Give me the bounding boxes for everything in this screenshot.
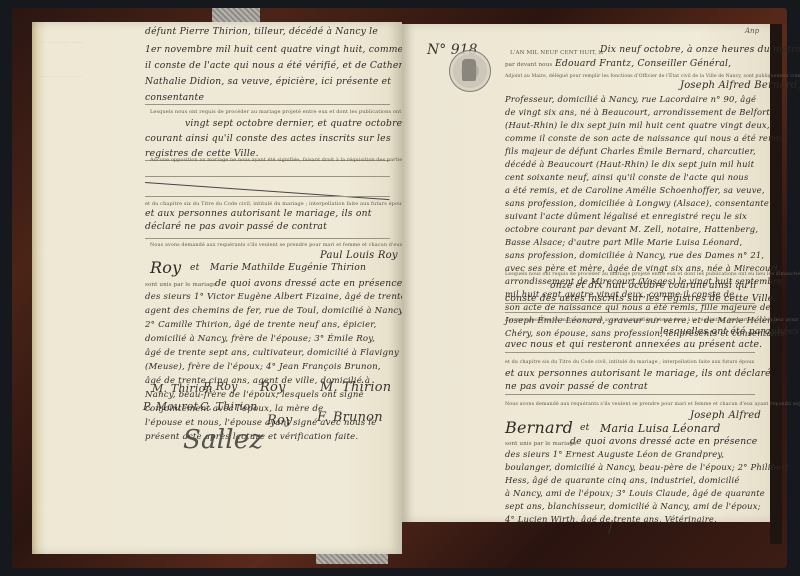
union-printed: sont unis par le mariage bbox=[145, 282, 216, 288]
seal-figure bbox=[462, 59, 476, 81]
groom-name: Joseph Alfred Bernard, bbox=[680, 80, 800, 91]
witness-line: sept ans, blanchisseur, domicilié à Nanc… bbox=[505, 501, 761, 511]
rule bbox=[145, 176, 390, 177]
official-seal bbox=[449, 50, 491, 92]
bride-details: Basse Alsace; d'autre part Mlle Marie Lu… bbox=[505, 237, 742, 247]
witness-line: Hess, âgé de quarante cinq ans, industri… bbox=[505, 475, 740, 485]
officer-handwritten: Edouard Frantz, Conseiller Général, bbox=[555, 58, 731, 69]
union-printed: sont unis par le mariage bbox=[505, 441, 576, 447]
groom-name: Joseph Alfred bbox=[690, 410, 761, 421]
witness-line: de quoi avons dressé acte en présence bbox=[215, 278, 402, 289]
publications-handwritten: vingt sept octobre dernier, et quatre oc… bbox=[185, 118, 402, 129]
left-margin-faint-text: ····· ······· ·· ······ ·· bbox=[40, 74, 81, 80]
chapter-handwritten: ne pas avoir passé de contrat bbox=[505, 381, 648, 392]
opposition-handwritten: avec nous et qui resteront annexées au p… bbox=[505, 339, 762, 350]
chapter-handwritten: et aux personnes autorisant le mariage, … bbox=[505, 368, 771, 379]
signature: F. Brunon bbox=[317, 410, 383, 425]
rule bbox=[505, 352, 755, 353]
opposition-printed: Aucune opposition au mariage ne nous aya… bbox=[505, 318, 800, 323]
groom-details: fils majeur de défunt Charles Émile Bern… bbox=[505, 146, 756, 156]
groom-surname: Bernard bbox=[505, 418, 573, 437]
opposition-handwritten: lesquelles ont été paraphées bbox=[660, 326, 799, 337]
continuation-line: Nathalie Didion, sa veuve, épicière, ici… bbox=[145, 76, 391, 87]
chapter-printed: et du chapitre six du Titre du Code civi… bbox=[145, 201, 404, 207]
groom-details: cent soixante neuf, ainsi qu'il conste d… bbox=[505, 172, 749, 182]
page-marker: Anp bbox=[745, 27, 759, 35]
groom-details: comme il conste de son acte de naissance… bbox=[505, 133, 786, 143]
groom-details: suivant l'acte dûment légalisé et enregi… bbox=[505, 211, 747, 221]
declaration-printed: Nous avons demandé aux requérants s'ils … bbox=[505, 402, 800, 407]
groom-details: de vingt six ans, né à Beaucourt, arrond… bbox=[505, 107, 770, 117]
bride-name: Maria Luisa Léonard bbox=[600, 422, 720, 435]
binding-label-top bbox=[212, 8, 260, 22]
witness-line: de quoi avons dressé acte en présence bbox=[570, 436, 757, 447]
continuation-line: défunt Pierre Thirion, tilleur, décédé à… bbox=[145, 26, 378, 37]
publications-handwritten: courant ainsi qu'il conste des actes ins… bbox=[145, 133, 391, 144]
groom-details: (Haut-Rhin) le dix sept juin mil huit ce… bbox=[505, 120, 770, 130]
header-printed: Adjoint au Maire, délégué pour remplir l… bbox=[505, 74, 800, 79]
rule bbox=[505, 312, 755, 313]
signature: Roy bbox=[260, 380, 286, 395]
groom-surname: Roy bbox=[150, 258, 181, 277]
rule bbox=[505, 303, 755, 304]
witness-line: boulanger, domicilié à Nancy, beau-père … bbox=[505, 462, 789, 472]
witness-line: (Meuse), frère de l'époux; 4° Jean Franç… bbox=[145, 362, 381, 372]
publications-handwritten: onze et dix huit octobre courant ainsi q… bbox=[550, 280, 756, 291]
groom-details: Professeur, domicilié à Nancy, rue Lacor… bbox=[505, 94, 756, 104]
witness-line: âgé de trente sept ans, cultivateur, dom… bbox=[145, 348, 399, 358]
witness-line: 2° Camille Thirion, âgé de trente neuf a… bbox=[145, 320, 377, 330]
header-printed: par devant nous bbox=[505, 62, 552, 68]
signature: C. Thirion bbox=[200, 400, 257, 413]
continuation-line: 1er novembre mil huit cent quatre vingt … bbox=[145, 44, 403, 55]
signature: P. Roy bbox=[203, 380, 238, 393]
chapter-printed: et du chapitre six du Titre du Code civi… bbox=[505, 360, 754, 365]
signature: P. Mourot bbox=[143, 400, 198, 413]
groom-details: octobre courant par devant M. Zell, nota… bbox=[505, 224, 758, 234]
rule bbox=[145, 196, 390, 197]
officer-signature: Sallez bbox=[183, 425, 263, 455]
publications-printed: Lesquels nous ont requis de procéder au … bbox=[505, 272, 800, 277]
left-margin-faint-text: ··· ····· ··· ····· ······· bbox=[40, 40, 83, 46]
witness-line: à Nancy, ami de l'époux; 3° Louis Claude… bbox=[505, 488, 765, 498]
rule bbox=[145, 238, 390, 239]
rule bbox=[145, 104, 390, 105]
witness-line: domicilié à Nancy, frère de l'épouse; 3°… bbox=[145, 334, 375, 344]
conjunction: et bbox=[190, 262, 200, 273]
bride-details: sans profession, domiciliée à Nancy, rue… bbox=[505, 250, 764, 260]
signature: M. Thirion bbox=[320, 380, 391, 395]
witness-line: agent des chemins de fer, rue de Toul, d… bbox=[145, 306, 407, 316]
header-printed: L'AN MIL NEUF CENT HUIT, le bbox=[510, 50, 604, 56]
continuation-line: consentante bbox=[145, 92, 204, 103]
bride-name: Marie Mathilde Eugénie Thirion bbox=[210, 262, 366, 273]
groom-details: a été remis, et de Caroline Amélie Schoe… bbox=[505, 185, 765, 195]
continuation-line: il conste de l'acte qui nous a été vérif… bbox=[145, 60, 418, 71]
signature: Roy bbox=[267, 413, 293, 428]
groom-name: Paul Louis Roy bbox=[320, 250, 398, 261]
groom-details: sans profession, domiciliée à Longwy (Al… bbox=[505, 198, 769, 208]
chapter-handwritten: déclaré ne pas avoir passé de contrat bbox=[145, 221, 327, 232]
date-handwritten: Dix neuf octobre, à onze heures du matin… bbox=[600, 44, 800, 55]
chapter-handwritten: et aux personnes autorisant le mariage, … bbox=[145, 208, 372, 219]
conjunction: et bbox=[580, 422, 590, 433]
rule bbox=[505, 394, 755, 395]
groom-details: décédé à Beaucourt (Haut-Rhin) le dix se… bbox=[505, 159, 754, 169]
witness-line: des sieurs 1° Ernest Auguste Léon de Gra… bbox=[505, 449, 724, 459]
